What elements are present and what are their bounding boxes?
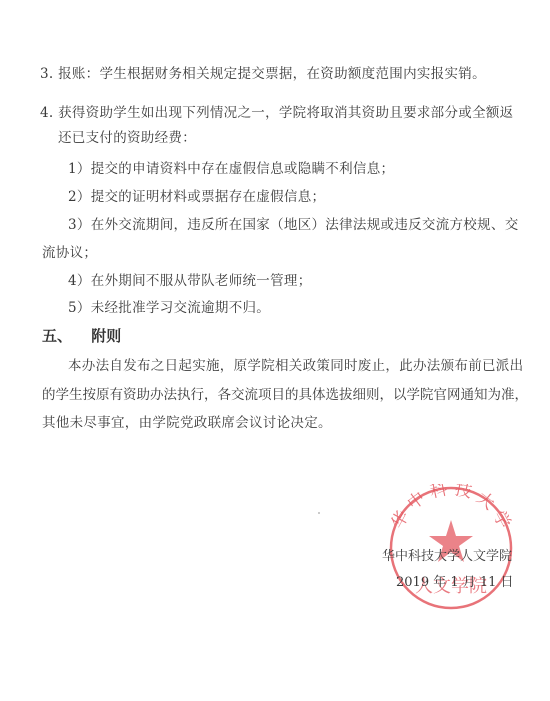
signature-date: 2019 年 1 月 11 日 <box>396 571 514 590</box>
sub-item-5: 5）未经批准学习交流逾期不归。 <box>68 296 270 316</box>
item-text: 获得资助学生如出现下列情况之一，学院将取消其资助且要求部分或全额返 <box>58 105 513 121</box>
section-5-para-line3: 其他未尽事宜，由学院党政联席会议讨论决定。 <box>42 411 332 431</box>
item-number: 3. <box>40 66 53 82</box>
sub-item-3: 3）在外交流期间，违反所在国家（地区）法律法规或违反交流方校规、交 <box>68 213 519 233</box>
section-5-para-line2: 的学生按原有资助办法执行，各交流项目的具体选拔细则，以学院官网通知为准， <box>42 383 528 403</box>
scan-speck <box>318 512 320 514</box>
item-4-line1: 4. 获得资助学生如出现下列情况之一，学院将取消其资助且要求部分或全额返 <box>40 101 513 121</box>
item-number: 4. <box>40 105 53 121</box>
item-4-line2: 还已支付的资助经费： <box>58 126 196 146</box>
sub-item-3-cont: 流协议； <box>42 241 97 261</box>
sub-item-1: 1）提交的申请资料中存在虚假信息或隐瞒不利信息； <box>68 157 394 177</box>
section-5-para-line1: 本办法自发布之日起实施，原学院相关政策同时废止，此办法颁布前已派出 <box>68 354 523 374</box>
sub-item-4: 4）在外期间不服从带队老师统一管理； <box>68 269 312 289</box>
sub-item-2: 2）提交的证明材料或票据存在虚假信息； <box>68 185 325 205</box>
signature-org: 华中科技大学人文学院 <box>382 545 512 564</box>
section-number: 五、 <box>42 327 72 345</box>
item-3: 3. 报账：学生根据财务相关规定提交票据，在资助额度范围内实报实销。 <box>40 62 486 82</box>
section-title: 附则 <box>91 327 121 345</box>
item-text: 报账：学生根据财务相关规定提交票据，在资助额度范围内实报实销。 <box>58 66 486 82</box>
section-5-heading: 五、 附则 <box>42 325 121 346</box>
